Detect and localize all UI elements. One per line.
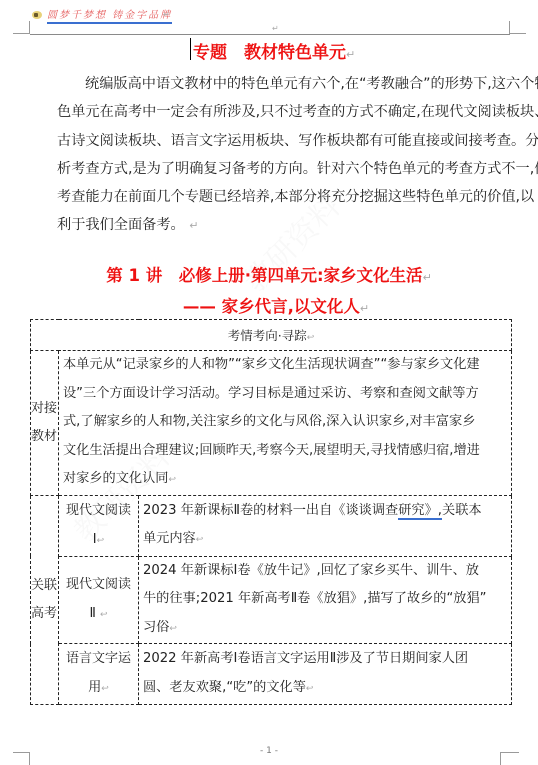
crop-mark-top-left (13, 21, 30, 34)
category-cell[interactable]: 语言文字运 用↩ (59, 644, 139, 705)
exam-info-table: 考情考向·寻踪↩ 对接 教材 本单元从“记录家乡的人和物”“家乡文化生活现状调查… (30, 319, 512, 705)
text-cursor (190, 38, 191, 60)
category-cell[interactable]: 现代文阅读 Ⅰ↩ (59, 495, 139, 556)
row-label: 教材 (31, 423, 58, 451)
category-label: 语言文字运 (59, 644, 138, 673)
content-line: 2022 年新高考Ⅰ卷语言文字运用Ⅱ涉及了节日期间家人团 (143, 645, 511, 674)
content-line: 单元内容 (143, 531, 196, 546)
content-text: 关联本 (442, 503, 482, 518)
lecture-subheading[interactable]: —— 家乡代言,以文化人↵ (0, 293, 538, 317)
intro-line: 考查能力在前面几个专题已经培养,本部分将充分挖掘这些特色单元的价值,以 (57, 183, 518, 211)
row-label: 关联 (31, 572, 58, 600)
title-text: 专题 教材特色单元 (193, 43, 346, 63)
paragraph-mark-icon: ↵ (189, 219, 198, 232)
category-cell[interactable]: 现代文阅读 Ⅱ ↩ (59, 556, 139, 644)
content-line: 对家乡的文化认同 (63, 471, 169, 486)
table-header: 考情考向·寻踪 (228, 328, 307, 343)
paragraph-mark-icon: ↵ (423, 271, 432, 284)
cell-mark-icon: ↩ (306, 684, 314, 694)
cell-mark-icon: ↩ (97, 536, 105, 546)
category-label: 现代文阅读 (59, 570, 138, 599)
category-label: 现代文阅读 (59, 496, 138, 525)
page-header: 圆梦千梦想 铸金字品牌 ↵ ↵ (30, 8, 510, 35)
intro-paragraph[interactable]: 统编版高中语文教材中的特色单元有六个,在“考教融合”的形势下,这六个特 色单元在… (58, 70, 518, 241)
row-label: 对接 (31, 395, 58, 423)
row-label-cell[interactable]: 对接 教材 (31, 351, 59, 496)
crop-mark-top-right (509, 21, 526, 34)
intro-line: 色单元在高考中一定会有所涉及,只不过考查的方式不确定,在现代文阅读板块、 (57, 98, 518, 126)
table-row: 现代文阅读 Ⅱ ↩ 2024 年新课标Ⅰ卷《放牛记》,回忆了家乡买牛、训牛、放 … (31, 556, 512, 644)
paragraph-mark-icon: ↵ (272, 24, 279, 33)
logo-icon (32, 11, 42, 19)
content-line: 文化生活提出合理建议;回顾昨天,考察今天,展望明天,寻找情感归宿,增进 (63, 437, 511, 466)
lecture-subtitle: —— 家乡代言,以文化人 (183, 297, 360, 316)
row-content-cell[interactable]: 本单元从“记录家乡的人和物”“家乡文化生活现状调查”“参与家乡文化建 设”三个方… (59, 351, 512, 496)
page-number: - 1 - (0, 746, 538, 756)
intro-line: 古诗文阅读板块、语言文字运用板块、写作板块都有可能直接或间接考查。分 (57, 127, 518, 155)
cell-mark-icon: ↩ (101, 684, 109, 694)
lecture-title: 第 1 讲 必修上册·第四单元:家乡文化生活 (106, 266, 422, 285)
header-motto: 圆梦千梦想 铸金字品牌 (47, 10, 172, 24)
table-row: 语言文字运 用↩ 2022 年新高考Ⅰ卷语言文字运用Ⅱ涉及了节日期间家人团 圆、… (31, 644, 512, 705)
exam-content-cell[interactable]: 2022 年新高考Ⅰ卷语言文字运用Ⅱ涉及了节日期间家人团 圆、老友欢聚,“吃”的… (139, 644, 512, 705)
table-row: 对接 教材 本单元从“记录家乡的人和物”“家乡文化生活现状调查”“参与家乡文化建… (31, 351, 512, 496)
cell-mark-icon: ↩ (169, 624, 177, 634)
intro-line: 统编版高中语文教材中的特色单元有六个,在“考教融合”的形势下,这六个特 (85, 70, 518, 98)
content-line: 设”三个方面设计学习活动。学习目标是通过采访、考察和查阅文献等方 (63, 380, 511, 409)
cell-mark-icon: ↩ (196, 535, 204, 545)
paragraph-mark-icon: ↵ (346, 48, 355, 61)
paragraph-mark-icon: ↵ (163, 10, 170, 19)
table-header-cell[interactable]: 考情考向·寻踪↩ (31, 320, 512, 351)
content-text: 2023 年新课标Ⅱ卷的材料一出自《谈谈调查 (143, 503, 398, 518)
content-line: 牛的往事;2021 年新高考Ⅱ卷《放猖》,描写了故乡的“放猖” (143, 585, 511, 614)
category-label: Ⅱ (89, 606, 95, 621)
exam-content-cell[interactable]: 2024 年新课标Ⅰ卷《放牛记》,回忆了家乡买牛、训牛、放 牛的往事;2021 … (139, 556, 512, 644)
content-line: 式,了解家乡的人和物,关注家乡的文化与风俗,深入认识家乡,对丰富家乡 (63, 408, 511, 437)
cell-mark-icon: ↩ (100, 610, 108, 620)
intro-line: 利于我们全面备考。 (57, 217, 185, 233)
row-label: 高考 (31, 600, 58, 628)
table-row: 关联 高考 现代文阅读 Ⅰ↩ 2023 年新课标Ⅱ卷的材料一出自《谈谈调查研究》… (31, 495, 512, 556)
content-line: 习俗 (143, 620, 169, 635)
intro-line: 析考查方式,是为了明确复习备考的方向。针对六个特色单元的考查方式不一,但 (57, 155, 518, 183)
spellcheck-underlined-text: 研究》, (398, 503, 442, 520)
content-line: 2024 年新课标Ⅰ卷《放牛记》,回忆了家乡买牛、训牛、放 (143, 557, 511, 586)
exam-content-cell[interactable]: 2023 年新课标Ⅱ卷的材料一出自《谈谈调查研究》,关联本 单元内容↩ (139, 495, 512, 556)
row-label-cell[interactable]: 关联 高考 (31, 495, 59, 705)
cell-mark-icon: ↩ (307, 333, 315, 343)
paragraph-mark-icon: ↵ (360, 302, 369, 315)
cell-mark-icon: ↩ (169, 475, 177, 485)
category-label: 用 (88, 680, 101, 695)
content-line: 圆、老友欢聚,“吃”的文化等 (143, 680, 306, 695)
lecture-heading[interactable]: 第 1 讲 必修上册·第四单元:家乡文化生活↵ (0, 262, 538, 286)
document-title[interactable]: 专题 教材特色单元↵ (193, 38, 355, 63)
content-line: 本单元从“记录家乡的人和物”“家乡文化生活现状调查”“参与家乡文化建 (63, 351, 511, 380)
